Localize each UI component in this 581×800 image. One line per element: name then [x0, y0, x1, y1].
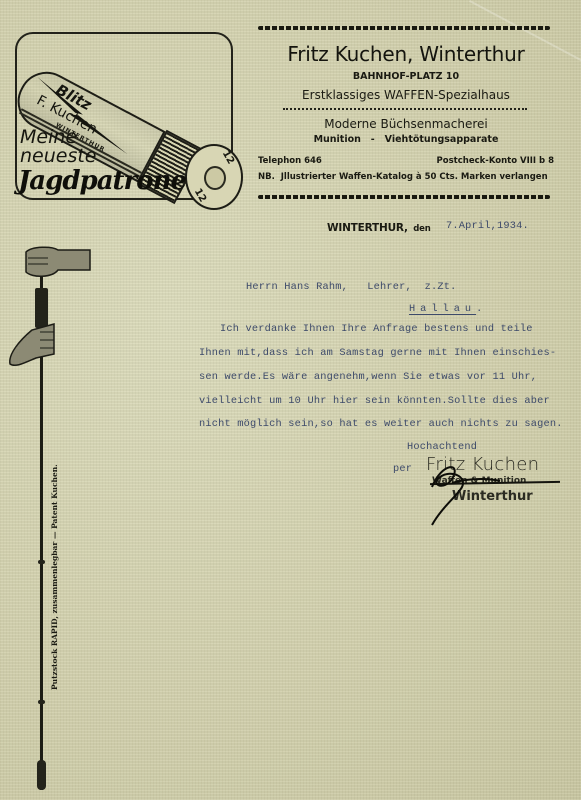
body-line: nicht möglich sein,so hat es weiter auch…: [199, 418, 563, 430]
per-label: per: [393, 463, 412, 475]
dotted-rule: [283, 108, 527, 110]
closing: Hochachtend: [407, 441, 477, 453]
letter-date: 7.April,1934.: [446, 220, 529, 232]
telephone: Telephon 646: [258, 156, 322, 166]
ornamental-rule-bottom: [258, 195, 550, 199]
service-line-1: Moderne Büchsenmacherei: [258, 117, 554, 131]
ad-slogan: Meine neueste: [20, 128, 97, 166]
letter-page: Blitz F. Kuchen WINTERTHUR 12 12 Meine n…: [0, 0, 581, 800]
caliber-bottom: 12: [192, 187, 208, 205]
body-line: sen werde.Es wäre angenehm,wenn Sie etwa…: [199, 371, 537, 383]
company-name: Fritz Kuchen, Winterthur: [258, 42, 554, 66]
cartridge-base: 12 12: [185, 144, 243, 210]
caliber-top: 12: [220, 149, 236, 167]
postcheck-account: Postcheck-Konto VIII b 8: [437, 156, 554, 166]
service-line-2: Munition - Viehtötungsapparate: [258, 134, 554, 145]
company-address: BAHNHOF-PLATZ 10: [258, 71, 554, 82]
recipient-place: Hallau.: [409, 303, 487, 315]
company-tagline: Erstklassiges WAFFEN-Spezialhaus: [258, 88, 554, 102]
handwritten-signature-icon: [422, 457, 502, 527]
ornamental-rule-top: [258, 26, 550, 30]
body-line: Ihnen mit,dass ich am Samstag gerne mit …: [199, 347, 556, 359]
ad-product-name: Jagdpatrone: [18, 166, 186, 196]
recipient: Herrn Hans Rahm, Lehrer, z.Zt.: [246, 281, 457, 293]
dateline: WINTERTHUR, den: [327, 222, 431, 234]
body-line: vielleicht um 10 Uhr hier sein könnten.S…: [199, 395, 550, 407]
catalog-note: NB. Jllustrierter Waffen-Katalog à 50 Ct…: [258, 172, 554, 182]
hand-icon: [6, 318, 56, 368]
rod-caption: Putzstock RAPID, zusammenlegbar — Patent…: [50, 464, 59, 690]
body-line: Ich verdanke Ihnen Ihre Anfrage bestens …: [220, 323, 533, 335]
hand-icon: [22, 244, 92, 284]
